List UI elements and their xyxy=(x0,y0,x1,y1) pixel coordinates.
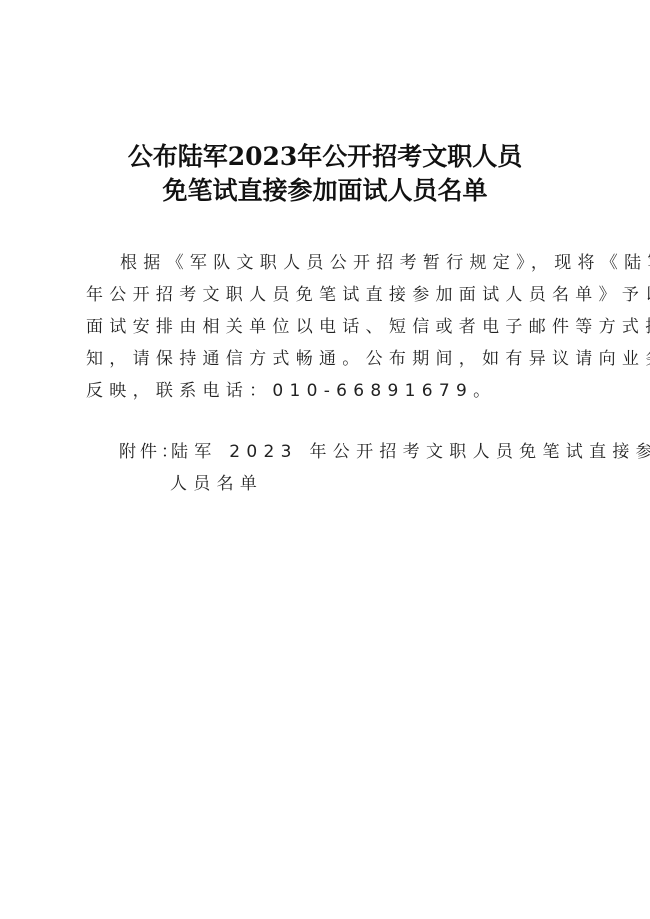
body-line-1: 根据《军队文职人员公开招考暂行规定》，现将《陆军 2023 xyxy=(86,247,566,279)
attachment-title-line-1: 陆军 2023 年公开招考文职人员免笔试直接参加面试 xyxy=(171,442,650,462)
body-line-4: 知，请保持通信方式畅通。公布期间，如有异议请向业务部门 xyxy=(86,343,566,375)
body-line-2: 年公开招考文职人员免笔试直接参加面试人员名单》予以公布。 xyxy=(86,279,566,311)
document-title-line-2: 免笔试直接参加面试人员名单 xyxy=(0,174,650,208)
body-line-3: 面试安排由相关单位以电话、短信或者电子邮件等方式提前告 xyxy=(86,311,566,343)
document-page: 公布陆军2023年公开招考文职人员 免笔试直接参加面试人员名单 根据《军队文职人… xyxy=(0,0,650,919)
attachment-title-line-2: 人员名单 xyxy=(119,468,569,500)
attachment-label: 附件： xyxy=(119,436,171,468)
attachment-note: 附件：陆军 2023 年公开招考文职人员免笔试直接参加面试 人员名单 xyxy=(119,436,569,500)
document-title-line-1: 公布陆军2023年公开招考文职人员 xyxy=(0,140,650,174)
body-line-5: 反映，联系电话：010-66891679。 xyxy=(86,375,566,407)
announcement-body: 根据《军队文职人员公开招考暂行规定》，现将《陆军 2023 年公开招考文职人员免… xyxy=(86,247,566,407)
